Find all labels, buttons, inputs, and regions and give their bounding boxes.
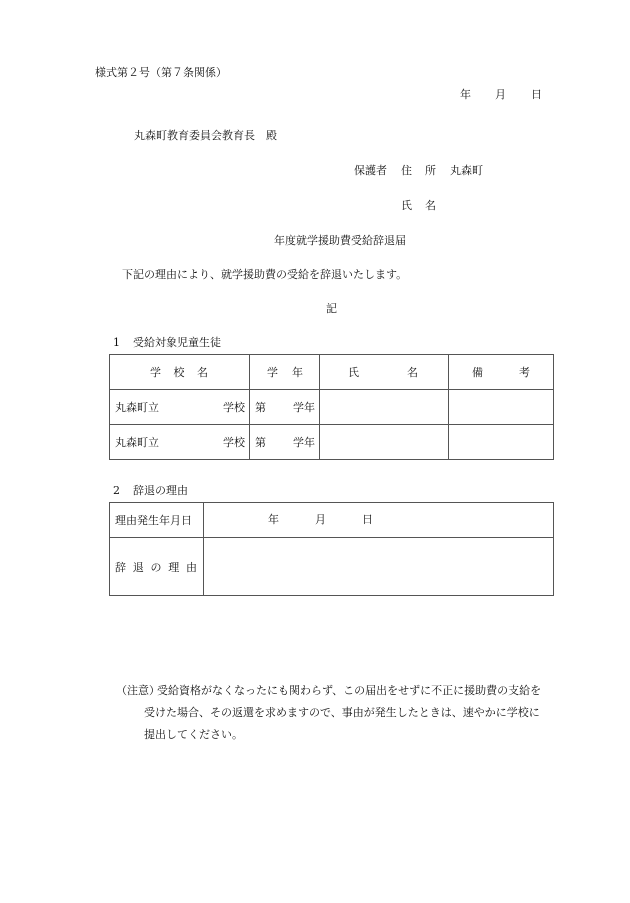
- table-border: [249, 354, 250, 460]
- note-line-3: 提出してください。: [144, 728, 243, 742]
- school-cell[interactable]: 丸森町立 学校: [115, 390, 245, 424]
- address-value[interactable]: 丸森町: [450, 164, 483, 178]
- date-month-label: 月: [495, 88, 506, 102]
- table-border: [109, 354, 110, 460]
- reason-value-cell[interactable]: [204, 538, 553, 595]
- ki-label: 記: [326, 302, 337, 316]
- column-header-name: 氏 名: [348, 355, 418, 389]
- school-cell[interactable]: 丸森町立 学校: [115, 425, 245, 459]
- section1-heading: 受給対象児童生徒: [133, 336, 221, 350]
- table-border: [109, 502, 110, 596]
- section2-number: 2: [113, 484, 120, 498]
- section2-heading: 辞退の理由: [133, 484, 188, 498]
- address-label-2: 所: [425, 164, 436, 178]
- note-line-2: 受けた場合、その返還を求めますので、事由が発生したときは、速やかに学校に: [144, 706, 540, 720]
- reason-date-label: 理由発生年月日: [115, 503, 201, 537]
- address-label-1: 住: [401, 164, 412, 178]
- note-line-1: 受給資格がなくなったにも関わらず、この届出をせずに不正に援助費の支給を: [157, 684, 541, 698]
- table-border: [109, 459, 554, 460]
- date-day-label: 日: [531, 88, 542, 102]
- intro-text: 下記の理由により、就学援助費の受給を辞退いたします。: [122, 268, 407, 282]
- remarks-cell[interactable]: [449, 425, 553, 459]
- date-year-label: 年: [460, 88, 471, 102]
- reason-date-day[interactable]: 日: [362, 513, 373, 527]
- table-border: [553, 354, 554, 460]
- table-border: [109, 595, 554, 596]
- column-header-remarks: 備 考: [472, 355, 530, 389]
- document-title: 年度就学援助費受給辞退届: [274, 234, 406, 248]
- reason-date-month[interactable]: 月: [315, 513, 326, 527]
- student-name-cell[interactable]: [320, 425, 448, 459]
- note-label: （注意）: [116, 684, 160, 698]
- column-header-school: 学 校 名: [150, 355, 208, 389]
- remarks-cell[interactable]: [449, 390, 553, 424]
- section1-number: 1: [113, 336, 120, 350]
- grade-cell[interactable]: 第 学年: [255, 390, 315, 424]
- grade-cell[interactable]: 第 学年: [255, 425, 315, 459]
- name-label-2: 名: [425, 199, 436, 213]
- form-number: 様式第２号（第７条関係）: [95, 66, 227, 80]
- reason-date-year[interactable]: 年: [268, 513, 279, 527]
- applicant-role-label: 保護者: [354, 164, 387, 178]
- addressee: 丸森町教育委員会教育長 殿: [134, 129, 277, 143]
- column-header-grade: 学 年: [267, 355, 303, 389]
- student-name-cell[interactable]: [320, 390, 448, 424]
- table-border: [553, 502, 554, 596]
- name-label-1: 氏: [401, 199, 412, 213]
- reason-label: 辞 退 の 理 由: [115, 538, 197, 595]
